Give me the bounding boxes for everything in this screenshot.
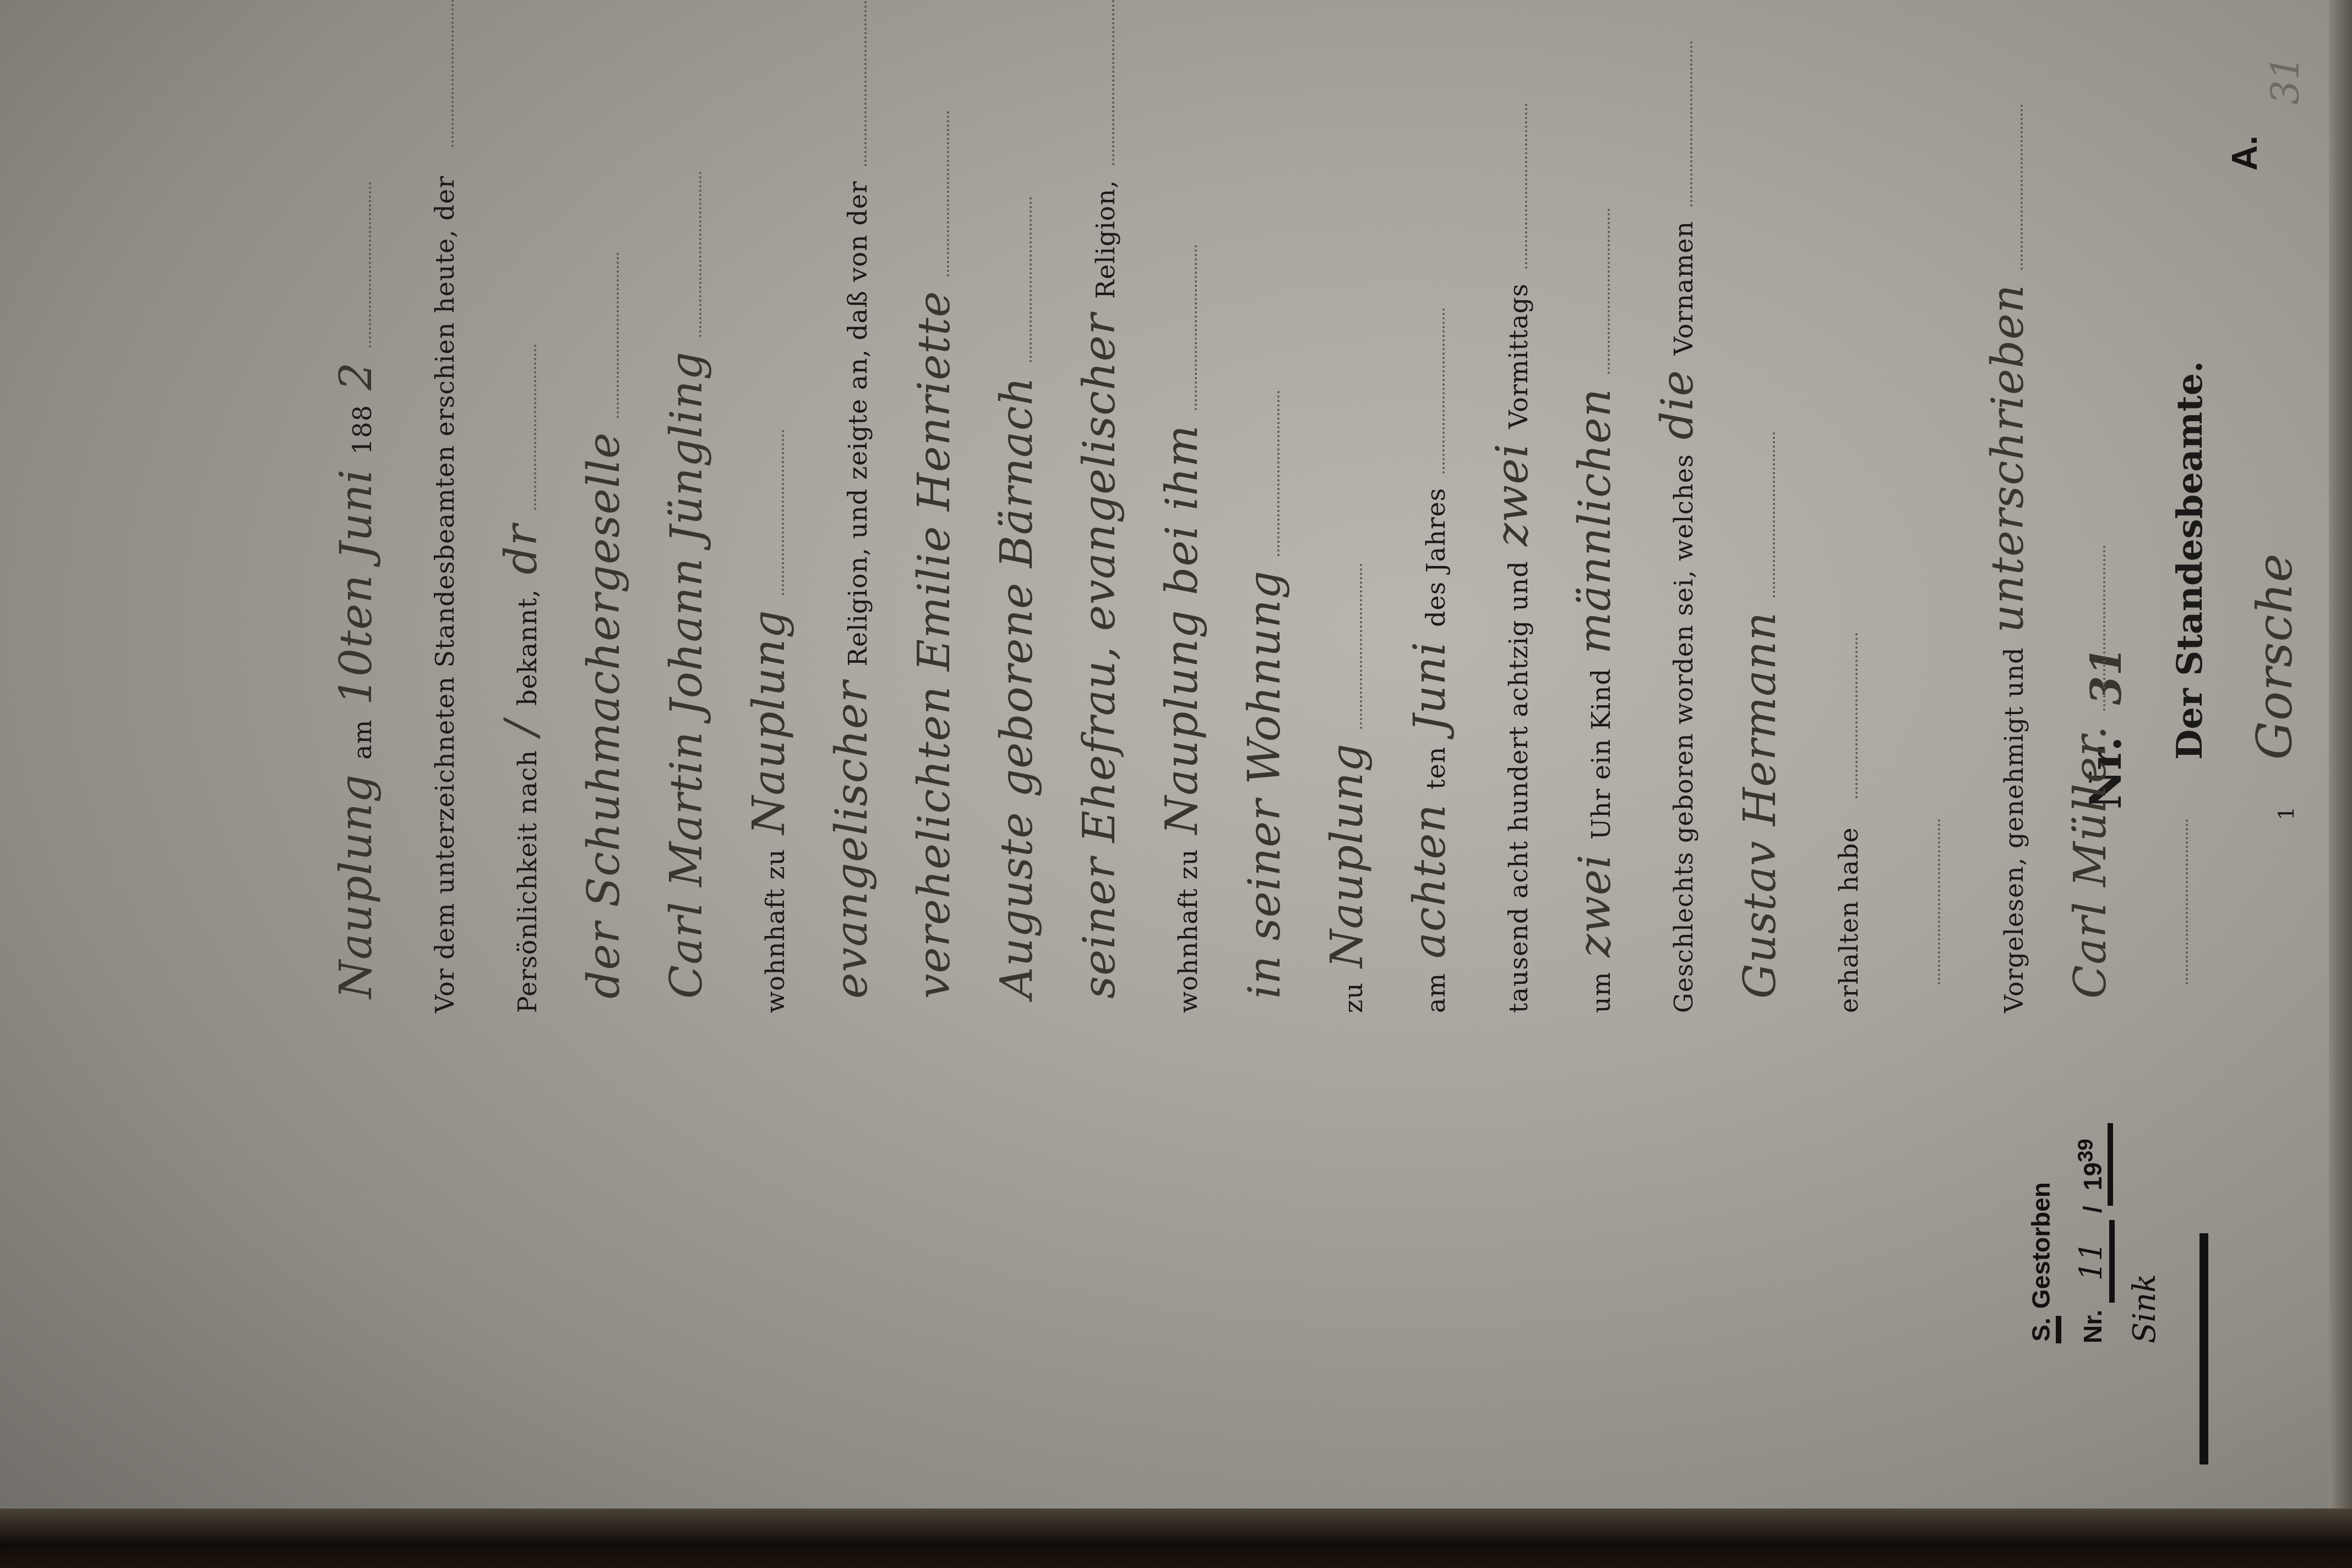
form-line: Nauplungam10ten Juni1882: [330, 182, 382, 1013]
dotted-fill-line: [781, 430, 784, 595]
handwritten-entry: 10ten Juni: [330, 469, 382, 705]
dotted-fill-line: [1194, 245, 1197, 410]
form-line: evangelischerReligion, und zeigte an, da…: [826, 1, 877, 1013]
printed-label: Geschlechts geboren worden sei, welches: [1669, 454, 1698, 1013]
printed-label: Persönlichkeit nach: [513, 750, 542, 1013]
margin-heading: S. Gestorben: [2026, 1123, 2061, 1343]
printed-label: erhalten habe: [1834, 827, 1864, 1013]
handwritten-entry: Nauplung bei ihm: [1156, 424, 1207, 834]
dotted-fill-line: [864, 1, 867, 166]
printed-label: bekannt,: [513, 589, 542, 706]
form-line: in seiner Wohnung: [1239, 391, 1290, 1013]
handwritten-entry: verehelichten Emilie Henriette: [908, 291, 960, 999]
dotted-fill-line: [2103, 546, 2105, 711]
dotted-fill-line: [1772, 432, 1775, 597]
dotted-fill-line: [2185, 819, 2188, 984]
form-line: Auguste geborene Bärnach: [991, 197, 1042, 1013]
form-line: Vorgelesen, genehmigt undunterschrieben: [1982, 105, 2033, 1013]
handwritten-entry: in seiner Wohnung: [1239, 570, 1290, 999]
dotted-fill-line: [699, 172, 701, 337]
form-line: verehelichten Emilie Henriette: [908, 111, 960, 1013]
printed-label: Religion,: [1091, 179, 1120, 298]
page-letter: A.: [2224, 135, 2265, 171]
printed-label: zu: [1338, 982, 1368, 1013]
margin-rule: [2199, 1233, 2208, 1464]
handwritten-entry: 2: [330, 362, 382, 390]
printed-label: Vormittags: [1504, 283, 1533, 428]
form-line: Geschlechts geboren worden sei, welchesd…: [1652, 41, 1703, 1013]
dotted-fill-line: [1442, 308, 1445, 473]
margin-number: Nr. 11 /1939: [2073, 1123, 2115, 1343]
handwritten-entry: der Schuhmachergeselle: [578, 432, 629, 999]
dotted-fill-line: [1937, 819, 1940, 984]
folio-number-handwritten: 31: [2263, 56, 2308, 105]
dotted-fill-line: [2020, 105, 2023, 270]
handwritten-entry: Nauplung: [743, 609, 794, 834]
dotted-fill-line: [533, 345, 536, 510]
form-line: zuNauplung: [1321, 564, 1373, 1013]
printed-label: Vornamen: [1669, 221, 1698, 355]
margin-handwritten: Sink: [2127, 1123, 2163, 1343]
form-line: wohnhaft zuNauplung: [743, 430, 794, 1013]
printed-label: um: [1586, 972, 1616, 1013]
form-line: der Schuhmachergeselle: [578, 253, 629, 1013]
form-line: seiner Ehefrau, evangelischerReligion,: [1074, 0, 1125, 1013]
printed-label: am: [347, 720, 377, 760]
form-line: tausend acht hundert achtzig undzweiVorm…: [1487, 104, 1538, 1013]
handwritten-entry: seiner Ehefrau, evangelischer: [1074, 313, 1125, 999]
printed-label: Religion, und zeigte an, daß von der: [843, 181, 873, 666]
form-line: wohnhaft zuNauplung bei ihm: [1156, 245, 1207, 1013]
register-page: A. 31 Nr. 31 Nauplungam10ten Juni1882Vor…: [0, 0, 2329, 1509]
dotted-fill-line: [1855, 633, 1858, 798]
printed-label: Vorgelesen, genehmigt und: [1999, 647, 2029, 1013]
form-line: amachtentenJunides Jahres: [1404, 308, 1455, 1013]
dotted-fill-line: [1359, 564, 1362, 729]
handwritten-entry: Nauplung: [330, 774, 382, 999]
printed-label: Vor dem unterzeichneten Standesbeamten e…: [430, 176, 460, 1013]
form-line: Gustav Hermann: [1734, 432, 1785, 1013]
dotted-fill-line: [1029, 197, 1032, 362]
book-edge-right: [2329, 0, 2352, 1568]
dotted-fill-line: [1525, 104, 1527, 269]
form-line: Carl Müller.: [2065, 546, 2116, 1013]
dotted-fill-line: [1690, 41, 1692, 206]
handwritten-entry: /: [496, 720, 547, 736]
form-line: Vor dem unterzeichneten Standesbeamten e…: [413, 0, 464, 1013]
form-line: [2147, 819, 2198, 1013]
book-binding-edge: [0, 1509, 2352, 1568]
handwritten-entry: Nauplung: [1321, 743, 1373, 968]
printed-label: Uhr ein Kind: [1586, 668, 1616, 840]
handwritten-entry: Carl Müller.: [2065, 725, 2116, 999]
printed-label: ten: [1421, 747, 1451, 790]
dotted-fill-line: [1112, 0, 1114, 165]
handwritten-entry: evangelischer: [826, 681, 877, 999]
handwritten-entry: unterschrieben: [1982, 284, 2033, 633]
printed-label: wohnhaft zu: [1173, 849, 1203, 1013]
registrar-title: Der Standesbeamte.: [2169, 361, 2211, 760]
form-line: Persönlichkeit nach/bekannt,dr: [496, 345, 547, 1013]
handwritten-entry: männlichen: [1569, 388, 1620, 654]
printed-label: am: [1421, 973, 1451, 1013]
form-line: umzweiUhr ein Kindmännlichen: [1569, 209, 1620, 1013]
handwritten-entry: zwei: [1487, 443, 1538, 547]
printed-page-number: 1: [2274, 807, 2299, 820]
handwritten-entry: Carl Martin Johann Jüngling: [661, 351, 712, 999]
dotted-fill-line: [1607, 209, 1610, 374]
dotted-fill-line: [451, 0, 454, 147]
death-margin-note: S. Gestorben Nr. 11 /1939 Sink: [2026, 1123, 2175, 1343]
handwritten-entry: Gustav Hermann: [1734, 612, 1785, 999]
printed-label: des Jahres: [1421, 488, 1451, 627]
dotted-fill-line: [1277, 391, 1280, 556]
printed-label: wohnhaft zu: [760, 849, 790, 1013]
dotted-fill-line: [368, 182, 371, 347]
printed-label: tausend acht hundert achtzig und: [1504, 560, 1533, 1013]
handwritten-entry: Auguste geborene Bärnach: [991, 377, 1042, 999]
printed-label: 188: [347, 405, 377, 455]
dotted-fill-line: [616, 253, 619, 418]
form-line: erhalten habe: [1817, 633, 1868, 1013]
dotted-fill-line: [946, 111, 949, 276]
handwritten-entry: dr: [496, 524, 547, 574]
handwritten-entry: achten: [1404, 804, 1455, 959]
handwritten-entry: Juni: [1404, 641, 1455, 732]
handwritten-entry: zwei: [1569, 854, 1620, 957]
form-line: Carl Martin Johann Jüngling: [661, 172, 712, 1013]
form-line: [1899, 819, 1951, 1013]
registrar-signature: Gorsche: [2246, 553, 2303, 760]
handwritten-entry: die: [1652, 369, 1703, 439]
